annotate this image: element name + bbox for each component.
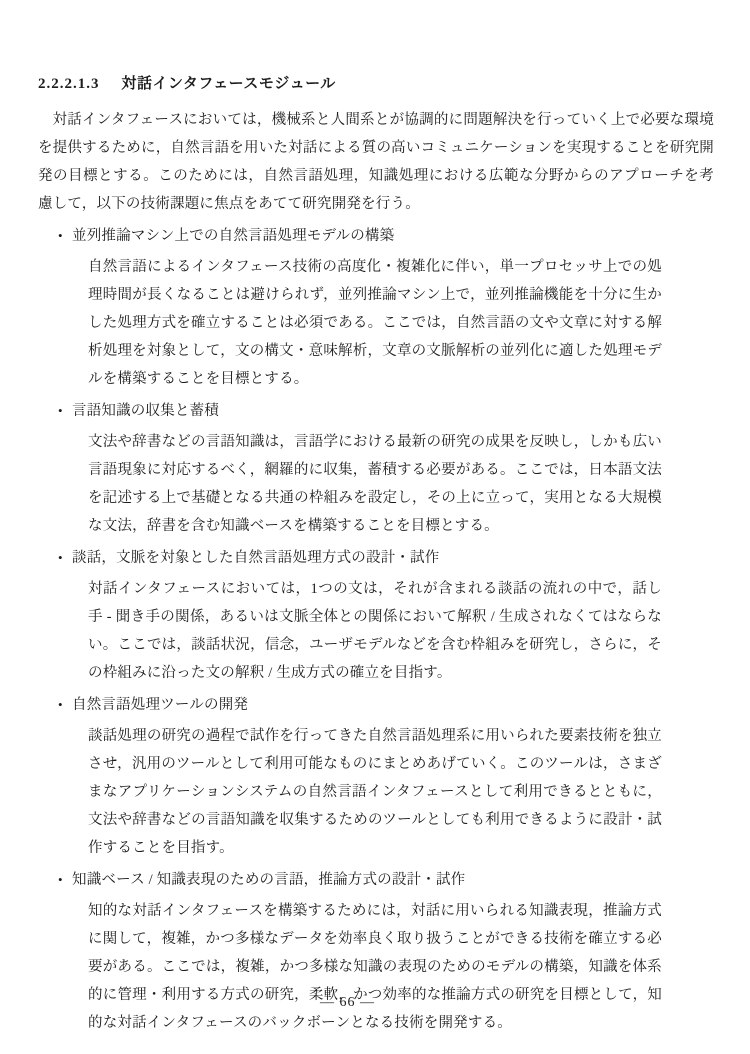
bullet-title-row: •知識ベース / 知識表現のための言語，推論方式の設計・試作 [38, 866, 714, 894]
bullet-icon: • [58, 397, 72, 425]
bullet-title: 知識ベース / 知識表現のための言語，推論方式の設計・試作 [72, 872, 465, 888]
list-item: •談話，文脈を対象とした自然言語処理方式の設計・試作 対話インタフェースにおいて… [38, 544, 714, 687]
bullet-title: 並列推論マシン上での自然言語処理モデルの構築 [72, 228, 394, 244]
bullet-body: 対話インタフェースにおいては，1つの文は，それが含まれる談話の流れの中で，話し手… [88, 575, 662, 687]
bullet-body: 談話処理の研究の過程で試作を行ってきた自然言語処理系に用いられた要素技術を独立さ… [88, 722, 662, 862]
intro-paragraph: 対話インタフェースにおいては，機械系と人間系とが協調的に問題解決を行っていく上で… [38, 106, 714, 218]
bullet-icon: • [58, 866, 72, 894]
bullet-icon: • [58, 691, 72, 719]
list-item: •自然言語処理ツールの開発 談話処理の研究の過程で試作を行ってきた自然言語処理系… [38, 691, 714, 862]
bullet-title-row: •並列推論マシン上での自然言語処理モデルの構築 [38, 222, 714, 250]
list-item: •言語知識の収集と蓄積 文法や辞書などの言語知識は，言語学における最新の研究の成… [38, 397, 714, 540]
bullet-body: 知的な対話インタフェースを構築するためには，対話に用いられる知識表現，推論方式に… [88, 897, 662, 1037]
bullet-icon: • [58, 544, 72, 572]
bullet-title: 言語知識の収集と蓄積 [72, 403, 219, 419]
section-number: 2.2.2.1.3 [38, 70, 100, 98]
section-title: 対話インタフェースモジュール [122, 76, 336, 92]
list-item: •知識ベース / 知識表現のための言語，推論方式の設計・試作 知的な対話インタフ… [38, 866, 714, 1037]
bullet-title: 談話，文脈を対象とした自然言語処理方式の設計・試作 [72, 550, 440, 566]
bullet-title: 自然言語処理ツールの開発 [72, 697, 248, 713]
bullet-body: 文法や辞書などの言語知識は，言語学における最新の研究の成果を反映し，しかも広い言… [88, 428, 662, 540]
bullet-title-row: •談話，文脈を対象とした自然言語処理方式の設計・試作 [38, 544, 714, 572]
bullet-title-row: •言語知識の収集と蓄積 [38, 397, 714, 425]
section-heading: 2.2.2.1.3対話インタフェースモジュール [38, 70, 714, 98]
list-item: •並列推論マシン上での自然言語処理モデルの構築 自然言語によるインタフェース技術… [38, 222, 714, 393]
bullet-icon: • [58, 222, 72, 250]
bullet-title-row: •自然言語処理ツールの開発 [38, 691, 714, 719]
bullet-body: 自然言語によるインタフェース技術の高度化・複雑化に伴い，単一プロセッサ上での処理… [88, 253, 662, 393]
topic-list: •並列推論マシン上での自然言語処理モデルの構築 自然言語によるインタフェース技術… [38, 222, 714, 1037]
document-page: 2.2.2.1.3対話インタフェースモジュール 対話インタフェースにおいては，機… [0, 0, 750, 1054]
page-number: — 66 — [300, 995, 395, 1011]
